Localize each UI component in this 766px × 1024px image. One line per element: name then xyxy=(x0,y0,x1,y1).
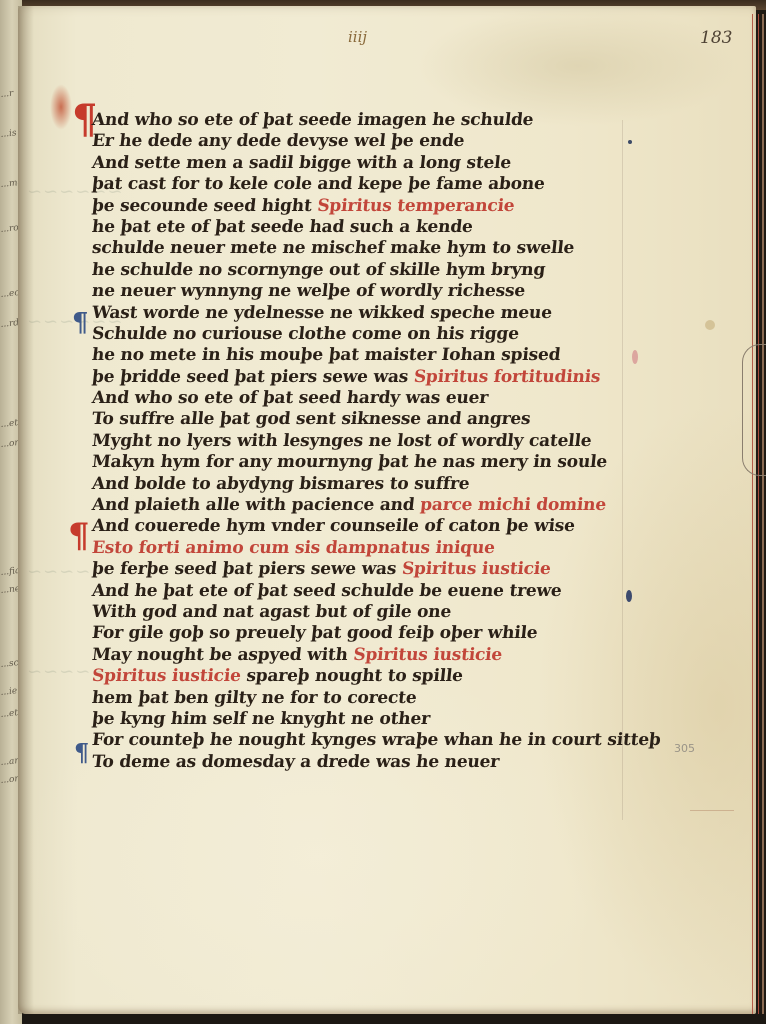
text-line: schulde neuer mete ne mischef make hym t… xyxy=(91,238,733,259)
text-line: he þat ete of þat seede had such a kende xyxy=(91,217,733,238)
rubric: Spiritus iusticie xyxy=(401,559,552,579)
text-line: Esto forti animo cum sis dampnatus iniqu… xyxy=(91,538,733,559)
text-line: þe kyng him self ne knyght ne other xyxy=(91,709,733,730)
page-tab-marker xyxy=(742,344,766,476)
text-line: With god and nat agast but of gile one xyxy=(91,602,733,623)
prev-page-fragment: ...ec xyxy=(0,288,20,300)
folio-number: 183 xyxy=(700,28,732,48)
text-line: þe ferþe seed þat piers sewe was Spiritu… xyxy=(91,559,733,580)
text-line: For gile goþ so preuely þat good feiþ oþ… xyxy=(91,623,733,644)
text-line: And he þat ete of þat seed schulde be eu… xyxy=(91,581,733,602)
text-line: To suffre alle þat god sent siknesse and… xyxy=(91,409,733,430)
text-line: And sette men a sadil bigge with a long … xyxy=(91,153,733,174)
prev-page-fragment: ...r xyxy=(0,89,14,100)
text-line: þe þridde seed þat piers sewe was Spirit… xyxy=(91,367,733,388)
fore-edge-line xyxy=(762,14,764,1014)
text-line: Myght no lyers with lesynges ne lost of … xyxy=(91,431,733,452)
rubric: Spiritus iusticie xyxy=(352,645,503,665)
text-line: Spiritus iusticie spareþ nought to spill… xyxy=(91,666,733,687)
text-line: þat cast for to kele cole and kepe þe fa… xyxy=(91,174,733,195)
text-line: þe secounde seed hight Spiritus temperan… xyxy=(91,196,733,217)
prev-page-fragment: ...rd xyxy=(0,318,20,330)
red-paraph-mark-icon: ¶ xyxy=(68,516,90,556)
text-line: Makyn hym for any mournyng þat he nas me… xyxy=(91,452,733,473)
text-line: Schulde no curiouse clothe come on his r… xyxy=(91,324,733,345)
text-line: he no mete in his mouþe þat maister Ioha… xyxy=(91,345,733,366)
rubric: Spiritus fortitudinis xyxy=(413,367,602,387)
text-line: And bolde to abydyng bismares to suffre xyxy=(91,474,733,495)
fore-edge-line xyxy=(758,14,759,1014)
rubric: parce michi domine xyxy=(419,495,607,515)
rubric: Esto forti animo cum sis dampnatus iniqu… xyxy=(91,538,496,558)
prev-page-fragment: ...ro xyxy=(0,223,19,235)
text-line: And plaieth alle with pacience and parce… xyxy=(91,495,733,516)
text-line: And couerede hym vnder counseile of cato… xyxy=(91,516,733,537)
text-line: May nought be aspyed with Spiritus iusti… xyxy=(91,645,733,666)
text-line: To deme as domesday a drede was he neuer xyxy=(91,752,733,773)
rubric: Spiritus temperancie xyxy=(316,196,515,216)
text-line: And who so ete of þat seede imagen he sc… xyxy=(91,110,733,131)
text-line: he schulde no scornynge out of skille hy… xyxy=(91,260,733,281)
text-line: ne neuer wynnyng ne welþe of wordly rich… xyxy=(91,281,733,302)
text-line: Er he dede any dede devyse wel þe ende xyxy=(91,131,733,152)
quire-signature: iiij xyxy=(348,28,367,46)
fore-edge-line xyxy=(752,14,753,1014)
prev-page-fragment: ...or xyxy=(0,438,19,450)
manuscript-text-block: And who so ete of þat seede imagen he sc… xyxy=(92,110,732,773)
prev-page-fragment: ...ie xyxy=(0,686,18,698)
prev-page-fragment: ...et xyxy=(0,418,18,430)
blue-paraph-mark-icon: ¶ xyxy=(72,308,89,338)
show-through-text: ~~~~ xyxy=(26,561,90,582)
text-line: hem þat ben gilty ne for to corecte xyxy=(91,688,733,709)
text-line: Wast worde ne ydelnesse ne wikked speche… xyxy=(91,303,733,324)
text-line: For counteþ he nought kynges wraþe whan … xyxy=(91,730,733,751)
pencil-rule xyxy=(690,810,734,811)
gutter-shadow xyxy=(18,6,34,1014)
red-stain xyxy=(50,84,72,130)
blue-paraph-mark-icon: ¶ xyxy=(74,738,89,767)
text-line: And who so ete of þat seed hardy was eue… xyxy=(91,388,733,409)
prev-page-fragment: ...sc xyxy=(0,658,19,670)
rubric: Spiritus iusticie xyxy=(91,666,242,686)
prev-page-fragment: ...is xyxy=(0,128,17,140)
